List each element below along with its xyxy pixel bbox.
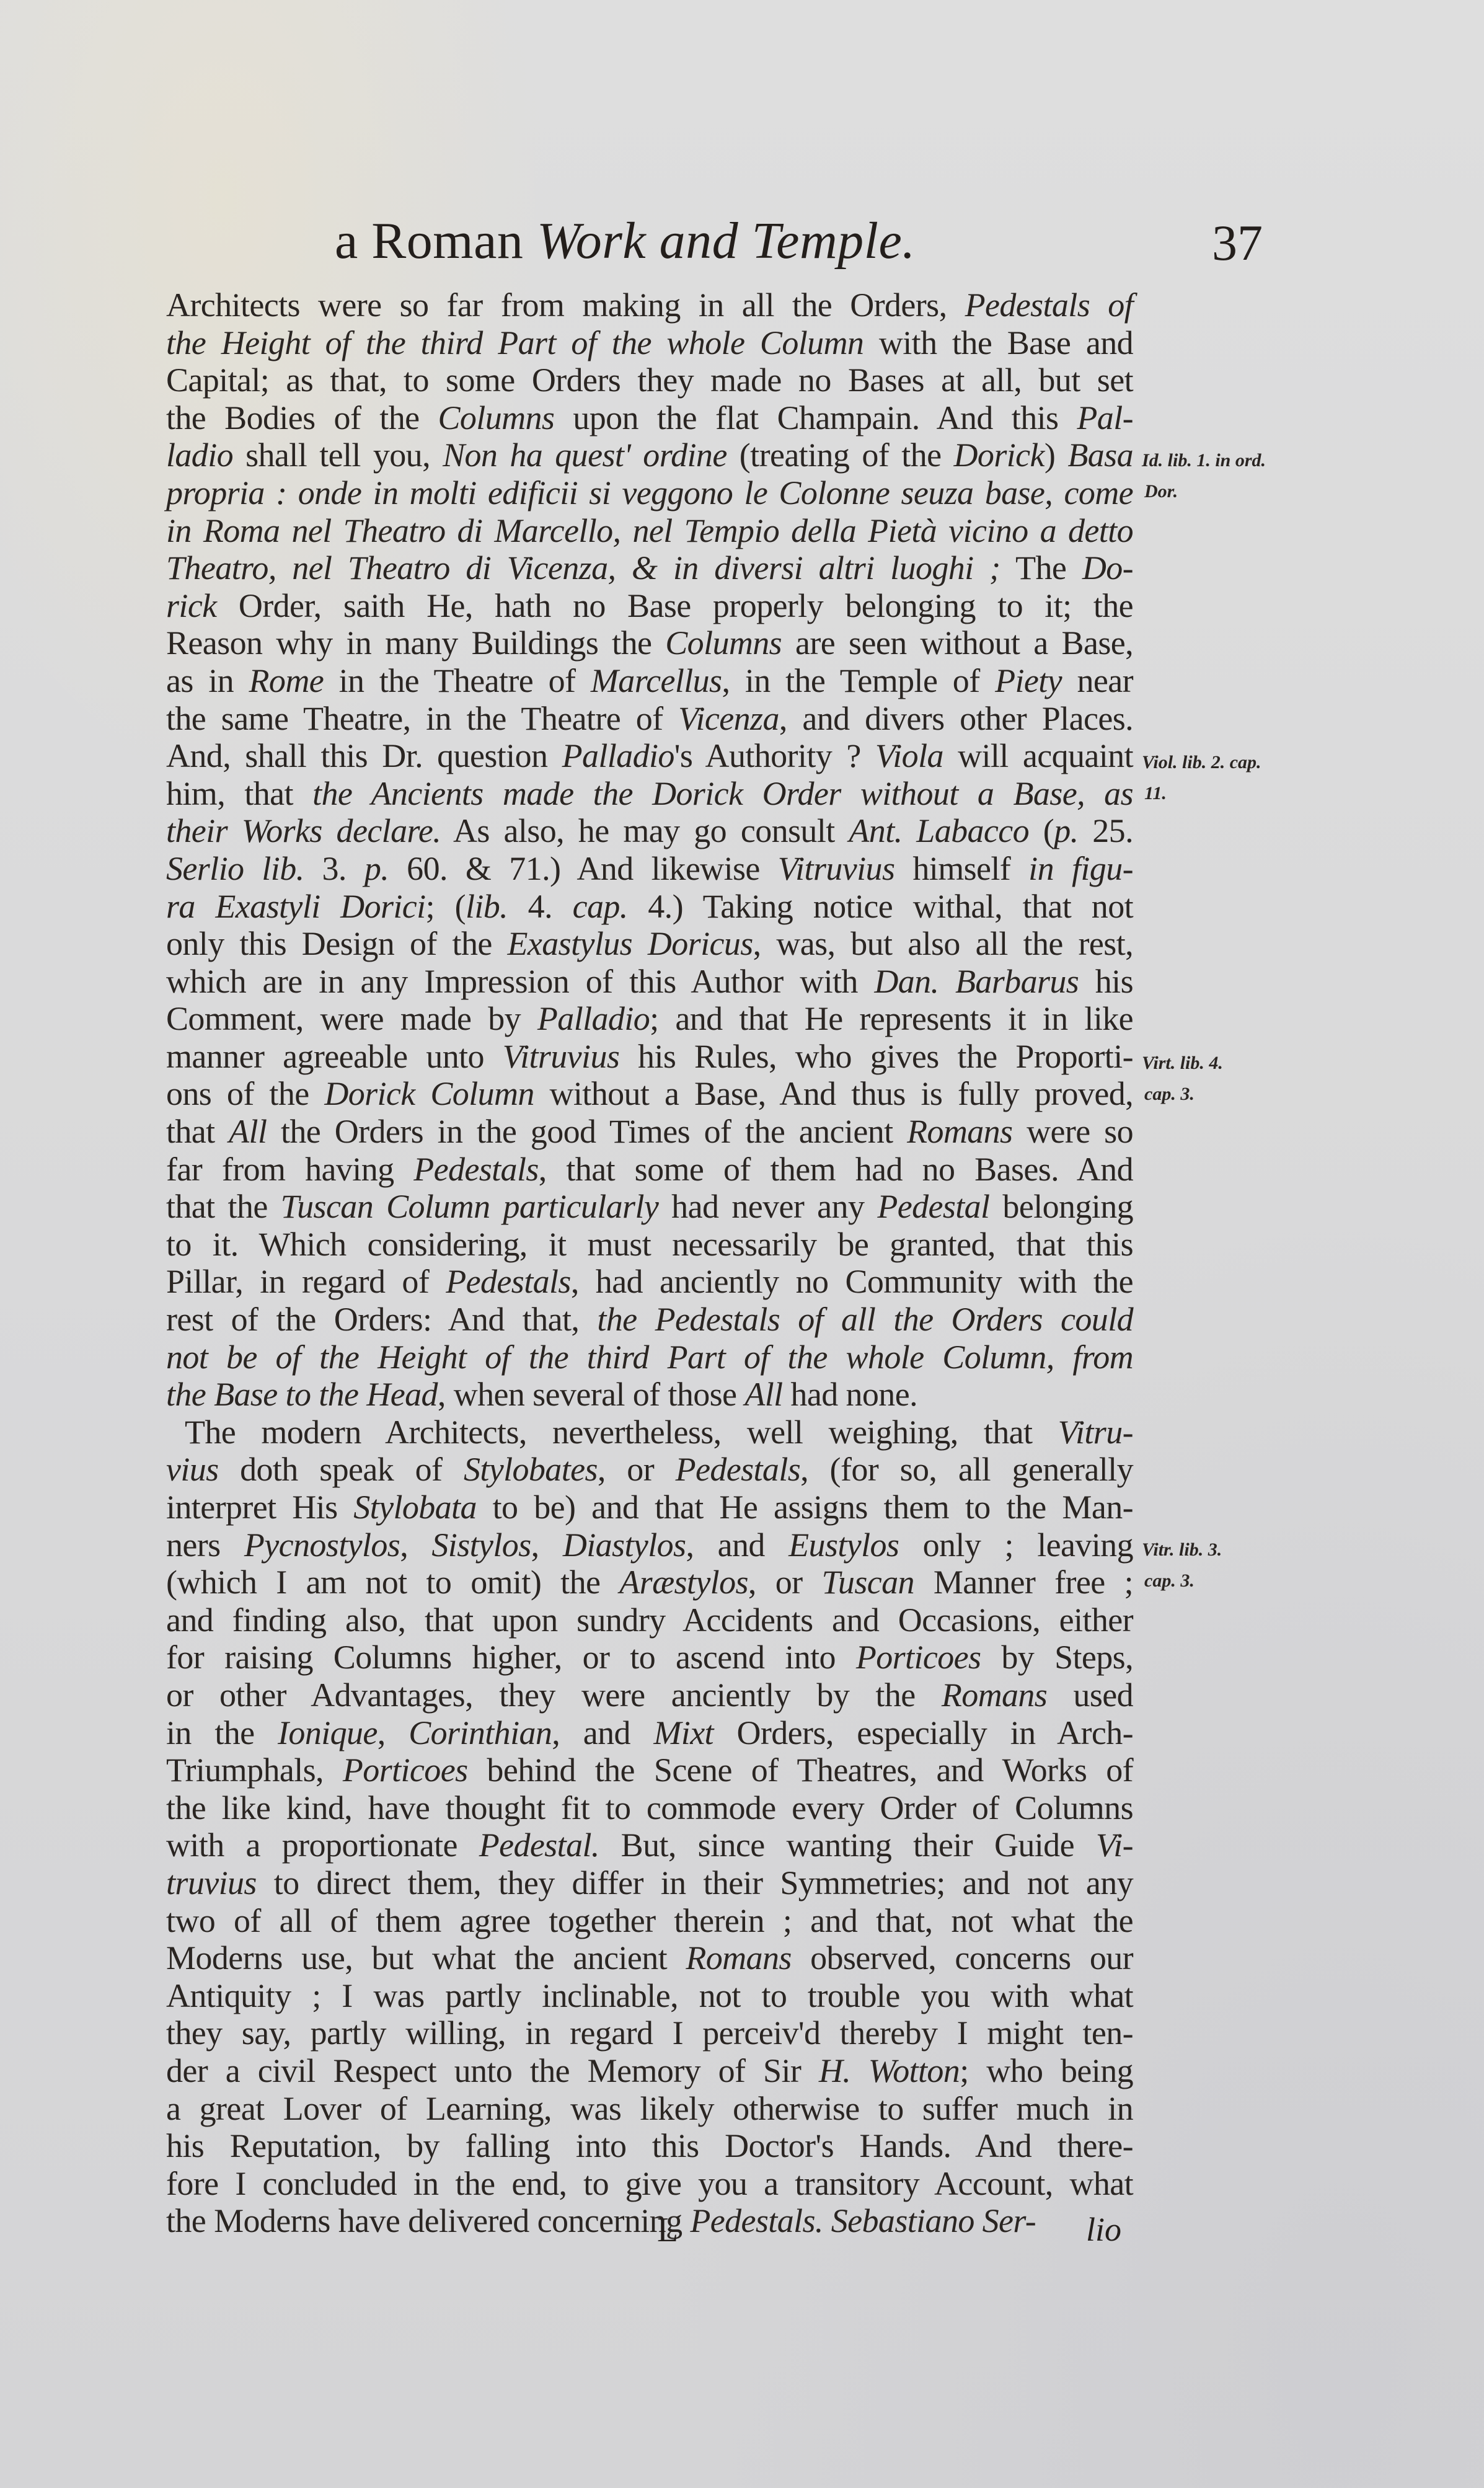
italic-run: Sistylos	[431, 1526, 531, 1564]
italic-run: Tuscan Column particularly	[281, 1188, 659, 1225]
italic-run: Theatro, nel Theatro di Vicenza, & in di…	[166, 549, 1000, 587]
roman-run: ,	[531, 1526, 563, 1564]
roman-run: ; (	[426, 888, 466, 925]
text-line: which are in any Impression of this Auth…	[166, 963, 1133, 1001]
margin-note-line: Viol. lib. 2. cap.	[1142, 747, 1261, 778]
text-line: with a proportionate Pedestal. But, sinc…	[166, 1826, 1133, 1864]
text-line: or other Advantages, they were anciently…	[166, 1676, 1133, 1714]
italic-run: Romans	[686, 1939, 791, 1977]
roman-run: near	[1062, 662, 1133, 699]
roman-run: fore I concluded in the end, to give you…	[166, 2165, 1133, 2202]
roman-run: 3.	[304, 850, 364, 887]
roman-run: , was, but also all the rest,	[753, 925, 1133, 962]
text-line: Triumphals, Porticoes behind the Scene o…	[166, 1751, 1133, 1789]
roman-run: ; who being	[960, 2052, 1133, 2089]
italic-run: Palladio	[562, 737, 674, 774]
italic-run: the Height of the third Part of the whol…	[166, 324, 863, 361]
italic-run: Stylobata	[353, 1489, 477, 1526]
italic-run: cap.	[573, 888, 628, 925]
italic-run: All	[229, 1113, 267, 1150]
book-page: a Roman Work and Temple. 37 Architects w…	[0, 0, 1484, 2488]
text-line: (which I am not to omit) the Aræstylos, …	[166, 1564, 1133, 1601]
text-line: Moderns use, but what the ancient Romans…	[166, 1939, 1133, 1977]
roman-run: to it. Which considering, it must necess…	[166, 1226, 1133, 1263]
roman-run: der a civil Respect unto the Memory of S…	[166, 2052, 819, 2089]
roman-run: to direct them, they differ in their Sym…	[257, 1864, 1133, 1901]
italic-run: vius	[166, 1451, 219, 1488]
italic-run: ra Exastyli Dorici	[166, 888, 426, 925]
roman-run: had never any	[658, 1188, 877, 1225]
roman-run: Pillar, in regard of	[166, 1263, 446, 1300]
roman-run: The modern Architects, nevertheless, wel…	[185, 1414, 1058, 1451]
roman-run: , and	[686, 1526, 788, 1564]
italic-run: the Pedestals of all the Orders could	[597, 1301, 1133, 1338]
roman-run: rest of the Orders: And that,	[166, 1301, 597, 1338]
italic-run: Viola	[875, 737, 943, 774]
italic-run: Pedestals of	[965, 286, 1133, 324]
margin-note-line: cap. 3.	[1142, 1565, 1222, 1596]
italic-run: Pedestal	[877, 1188, 989, 1225]
italic-run: Ant. Labacco	[849, 812, 1029, 849]
roman-run: used	[1047, 1676, 1133, 1714]
margin-note-line: Virt. lib. 4.	[1142, 1048, 1223, 1079]
italic-run: rick	[166, 587, 217, 624]
roman-run: manner agreeable unto	[166, 1038, 503, 1075]
italic-run: Pedestals	[413, 1151, 539, 1188]
margin-note-line: 11.	[1142, 778, 1261, 809]
roman-run: for raising Columns higher, or to ascend…	[166, 1639, 856, 1676]
italic-run: Vi-	[1096, 1826, 1133, 1864]
italic-run: Marcellus	[591, 662, 722, 699]
roman-run: the same Theatre, in the Theatre of	[166, 700, 678, 737]
text-line: the same Theatre, in the Theatre of Vice…	[166, 700, 1133, 738]
roman-run: , and	[552, 1714, 653, 1751]
roman-run: only ; leaving	[899, 1526, 1133, 1564]
text-line: truvius to direct them, they differ in t…	[166, 1864, 1133, 1902]
italic-run: Eustylos	[788, 1526, 899, 1564]
italic-run: Basa	[1067, 436, 1133, 474]
italic-run: Non ha quest' ordine	[443, 436, 727, 474]
italic-run: Piety	[995, 662, 1062, 699]
roman-run: were so	[1012, 1113, 1133, 1150]
roman-run: ons of the	[166, 1075, 324, 1112]
roman-run: Moderns use, but what the ancient	[166, 1939, 686, 1977]
italic-run: Vitruvius	[778, 850, 895, 887]
italic-run: Columns	[665, 624, 782, 662]
roman-run: as in	[166, 662, 249, 699]
margin-note: Virt. lib. 4.cap. 3.	[1142, 1048, 1223, 1110]
text-line: ladio shall tell you, Non ha quest' ordi…	[166, 436, 1133, 474]
text-line: ra Exastyli Dorici; (lib. 4. cap. 4.) Ta…	[166, 888, 1133, 926]
text-line: rick Order, saith He, hath no Base prope…	[166, 587, 1133, 625]
text-line: for raising Columns higher, or to ascend…	[166, 1639, 1133, 1676]
roman-run: Architects were so far from making in al…	[166, 286, 965, 324]
roman-run: , that some of them had no Bases. And	[539, 1151, 1133, 1188]
roman-run: him, that	[166, 775, 312, 812]
roman-run: ,	[400, 1526, 431, 1564]
roman-run: , or	[598, 1451, 676, 1488]
roman-run: himself	[894, 850, 1028, 887]
margin-note-line: Dor.	[1142, 476, 1266, 507]
italic-run: Stylobates	[464, 1451, 598, 1488]
text-line: Antiquity ; I was partly inclinable, not…	[166, 1977, 1133, 2015]
roman-run: ,	[378, 1714, 409, 1751]
roman-run: that	[166, 1113, 229, 1150]
text-line: And, shall this Dr. question Palladio's …	[166, 737, 1133, 775]
italic-run: p.	[364, 850, 389, 887]
roman-run: (	[1029, 812, 1054, 849]
running-head: a Roman Work and Temple.	[335, 211, 916, 271]
text-line: two of all of them agree together therei…	[166, 1902, 1133, 1940]
signature-mark: L	[657, 2210, 678, 2250]
roman-run: with a proportionate	[166, 1826, 479, 1864]
roman-run: the Bodies of the	[166, 399, 438, 436]
italic-run: Vicenza	[678, 700, 779, 737]
text-line: propria : onde in molti edificii si vegg…	[166, 474, 1133, 512]
italic-run: Pedestals	[676, 1451, 801, 1488]
roman-run: Reason why in many Buildings the	[166, 624, 665, 662]
text-line: ons of the Dorick Column without a Base,…	[166, 1075, 1133, 1113]
text-line: vius doth speak of Stylobates, or Pedest…	[166, 1451, 1133, 1489]
roman-run: a great Lover of Learning, was likely ot…	[166, 2090, 1133, 2127]
running-head-roman: a Roman	[335, 212, 537, 270]
roman-run: (treating of the	[727, 436, 954, 474]
text-line: only this Design of the Exastylus Doricu…	[166, 925, 1133, 963]
text-line: ners Pycnostylos, Sistylos, Diastylos, a…	[166, 1526, 1133, 1564]
italic-run: Vitruvius	[503, 1038, 620, 1075]
text-line: Theatro, nel Theatro di Vicenza, & in di…	[166, 549, 1133, 587]
italic-run: Pycnostylos	[244, 1526, 400, 1564]
italic-run: propria : onde in molti edificii si vegg…	[166, 474, 1133, 511]
roman-run: only this Design of the	[166, 925, 508, 962]
roman-run: had none.	[783, 1376, 917, 1413]
text-line: manner agreeable unto Vitruvius his Rule…	[166, 1038, 1133, 1076]
text-line: their Works declare. As also, he may go …	[166, 812, 1133, 850]
italic-run: Rome	[249, 662, 324, 699]
italic-run: Pedestals	[446, 1263, 571, 1300]
roman-run: interpret His	[166, 1489, 353, 1526]
text-line: Pillar, in regard of Pedestals, had anci…	[166, 1263, 1133, 1301]
roman-run: are seen without a Base,	[782, 624, 1133, 662]
margin-note: Id. lib. 1. in ord.Dor.	[1142, 445, 1266, 507]
roman-run: , in the Temple of	[722, 662, 995, 699]
roman-run: But, since wanting their Guide	[599, 1826, 1096, 1864]
roman-run: his Rules, who gives the Proporti-	[619, 1038, 1133, 1075]
text-line: they say, partly willing, in regard I pe…	[166, 2014, 1133, 2052]
italic-run: Vitru-	[1058, 1414, 1133, 1451]
italic-run: Ionique	[278, 1714, 378, 1751]
text-line: interpret His Stylobata to be) and that …	[166, 1489, 1133, 1526]
roman-run: will acquaint	[943, 737, 1133, 774]
roman-run: ners	[166, 1526, 244, 1564]
text-line: the Moderns have delivered concerning Pe…	[166, 2202, 1133, 2240]
roman-run: two of all of them agree together therei…	[166, 1902, 1133, 1939]
italic-run: Corinthian	[409, 1714, 552, 1751]
italic-run: Romans	[907, 1113, 1012, 1150]
roman-run: far from having	[166, 1151, 413, 1188]
text-line: him, that the Ancients made the Dorick O…	[166, 775, 1133, 813]
italic-run: H. Wotton	[819, 2052, 960, 2089]
roman-run: and finding also, that upon sundry Accid…	[166, 1601, 1133, 1639]
catchword: lio	[1086, 2210, 1121, 2249]
text-line: Architects were so far from making in al…	[166, 286, 1133, 324]
italic-run: Sebastiano Ser-	[831, 2202, 1036, 2239]
roman-run: 's Authority ?	[674, 737, 875, 774]
italic-run: ladio	[166, 436, 233, 474]
margin-note: Vitr. lib. 3.cap. 3.	[1142, 1534, 1222, 1596]
roman-run: by Steps,	[981, 1639, 1133, 1676]
text-line: rest of the Orders: And that, the Pedest…	[166, 1301, 1133, 1339]
roman-run: 4.	[508, 888, 573, 925]
text-line: to it. Which considering, it must necess…	[166, 1226, 1133, 1264]
roman-run	[823, 2202, 831, 2239]
running-head-italic: Work and Temple.	[537, 212, 916, 270]
italic-run: Dan. Barbarus	[874, 963, 1079, 1000]
italic-run: not be of the Height of the third Part o…	[166, 1339, 1133, 1376]
roman-run: , (for so, all generally	[800, 1451, 1133, 1488]
text-line: der a civil Respect unto the Memory of S…	[166, 2052, 1133, 2090]
text-line: The modern Architects, nevertheless, wel…	[166, 1414, 1133, 1451]
italic-run: Palladio	[537, 1000, 650, 1037]
roman-run: which are in any Impression of this Auth…	[166, 963, 874, 1000]
text-line: as in Rome in the Theatre of Marcellus, …	[166, 662, 1133, 700]
roman-run: ; and that He represents it in like	[650, 1000, 1133, 1037]
text-line: not be of the Height of the third Part o…	[166, 1339, 1133, 1376]
text-line: Serlio lib. 3. p. 60. & 71.) And likewis…	[166, 850, 1133, 888]
text-line: far from having Pedestals, that some of …	[166, 1151, 1133, 1189]
text-line: Reason why in many Buildings the Columns…	[166, 624, 1133, 662]
italic-run: Columns	[438, 399, 554, 436]
italic-run: Pedestal.	[479, 1826, 599, 1864]
roman-run: his	[1079, 963, 1133, 1000]
italic-run: lib.	[466, 888, 508, 925]
roman-run: they say, partly willing, in regard I pe…	[166, 2014, 1133, 2052]
roman-run: the Orders in the good Times of the anci…	[267, 1113, 907, 1150]
italic-run: the Base to the Head	[166, 1376, 438, 1413]
italic-run: Mixt	[653, 1714, 713, 1751]
roman-run: Comment, were made by	[166, 1000, 537, 1037]
italic-run: p.	[1054, 812, 1078, 849]
text-line: in the Ionique, Corinthian, and Mixt Ord…	[166, 1714, 1133, 1752]
roman-run: shall tell you,	[233, 436, 443, 474]
text-line: Comment, were made by Palladio; and that…	[166, 1000, 1133, 1038]
italic-run: Pal-	[1077, 399, 1133, 436]
italic-run: Aræstylos	[619, 1564, 748, 1601]
roman-run: (which I am not to omit) the	[166, 1564, 619, 1601]
text-line: the Base to the Head, when several of th…	[166, 1376, 1133, 1414]
roman-run: , when several of those	[438, 1376, 744, 1413]
roman-run: )	[1045, 436, 1067, 474]
roman-run: with the Base and	[863, 324, 1133, 361]
text-line: in Roma nel Theatro di Marcello, nel Tem…	[166, 512, 1133, 550]
italic-run: Do-	[1082, 549, 1133, 587]
text-line: Capital; as that, to some Orders they ma…	[166, 361, 1133, 399]
roman-run: , or	[748, 1564, 822, 1601]
roman-run: without a Base, And thus is fully proved…	[534, 1075, 1133, 1112]
roman-run: Orders, especially in Arch-	[713, 1714, 1133, 1751]
italic-run: Dorick	[954, 436, 1045, 474]
roman-run: the like kind, have thought fit to commo…	[166, 1789, 1133, 1826]
italic-run: in Roma nel Theatro di Marcello, nel Tem…	[166, 512, 1133, 549]
italic-run: the Ancients made the Dorick Order witho…	[312, 775, 1133, 812]
roman-run: his Reputation, by falling into this Doc…	[166, 2127, 1133, 2164]
roman-run: belonging	[989, 1188, 1133, 1225]
text-line: that All the Orders in the good Times of…	[166, 1113, 1133, 1151]
roman-run: Triumphals,	[166, 1751, 343, 1789]
roman-run: Manner free ;	[914, 1564, 1133, 1601]
italic-run: Romans	[942, 1676, 1047, 1714]
margin-note-line: cap. 3.	[1142, 1079, 1223, 1110]
margin-note: Viol. lib. 2. cap.11.	[1142, 747, 1261, 809]
italic-run: Serlio lib.	[166, 850, 304, 887]
italic-run: Porticoes	[856, 1639, 981, 1676]
roman-run: behind the Scene of Theatres, and Works …	[467, 1751, 1133, 1789]
roman-run: Antiquity ; I was partly inclinable, not…	[166, 1977, 1133, 2014]
roman-run: to be) and that He assigns them to the M…	[477, 1489, 1133, 1526]
italic-run: Porticoes	[343, 1751, 468, 1789]
roman-run: 4.) Taking notice withal, that not	[628, 888, 1133, 925]
text-line: the like kind, have thought fit to commo…	[166, 1789, 1133, 1827]
text-line: a great Lover of Learning, was likely ot…	[166, 2090, 1133, 2128]
italic-run: Exastylus Doricus	[508, 925, 753, 962]
italic-run: truvius	[166, 1864, 257, 1901]
roman-run: 60. & 71.) And likewise	[389, 850, 778, 887]
roman-run: that the	[166, 1188, 281, 1225]
text-line: the Bodies of the Columns upon the flat …	[166, 399, 1133, 437]
italic-run: Pedestals.	[690, 2202, 823, 2239]
roman-run: the Moderns have delivered concerning	[166, 2202, 690, 2239]
roman-run: The	[1000, 549, 1082, 587]
text-line: that the Tuscan Column particularly had …	[166, 1188, 1133, 1226]
roman-run: upon the flat Champain. And this	[554, 399, 1077, 436]
roman-run: As also, he may go consult	[441, 812, 849, 849]
roman-run: or other Advantages, they were anciently…	[166, 1676, 942, 1714]
text-line: his Reputation, by falling into this Doc…	[166, 2127, 1133, 2165]
roman-run: doth speak of	[219, 1451, 464, 1488]
body-text: Architects were so far from making in al…	[166, 286, 1133, 2240]
margin-note-line: Vitr. lib. 3.	[1142, 1534, 1222, 1565]
roman-run: observed, concerns our	[792, 1939, 1133, 1977]
roman-run: And, shall this Dr. question	[166, 737, 562, 774]
roman-run: Capital; as that, to some Orders they ma…	[166, 361, 1133, 399]
italic-run: their Works declare.	[166, 812, 441, 849]
roman-run: , had anciently no Community with the	[571, 1263, 1133, 1300]
italic-run: Diastylos	[563, 1526, 686, 1564]
italic-run: Dorick Column	[324, 1075, 534, 1112]
roman-run: , and divers other Places.	[779, 700, 1133, 737]
text-line: fore I concluded in the end, to give you…	[166, 2165, 1133, 2203]
roman-run: in the	[166, 1714, 278, 1751]
roman-run: in the Theatre of	[324, 662, 591, 699]
italic-run: All	[744, 1376, 782, 1413]
page-number: 37	[1212, 214, 1263, 272]
margin-note-line: Id. lib. 1. in ord.	[1142, 445, 1266, 476]
roman-run: 25.	[1079, 812, 1133, 849]
text-line: the Height of the third Part of the whol…	[166, 324, 1133, 362]
roman-run: Order, saith He, hath no Base properly b…	[217, 587, 1133, 624]
italic-run: Tuscan	[821, 1564, 914, 1601]
text-line: and finding also, that upon sundry Accid…	[166, 1601, 1133, 1639]
italic-run: in figu-	[1028, 850, 1133, 887]
